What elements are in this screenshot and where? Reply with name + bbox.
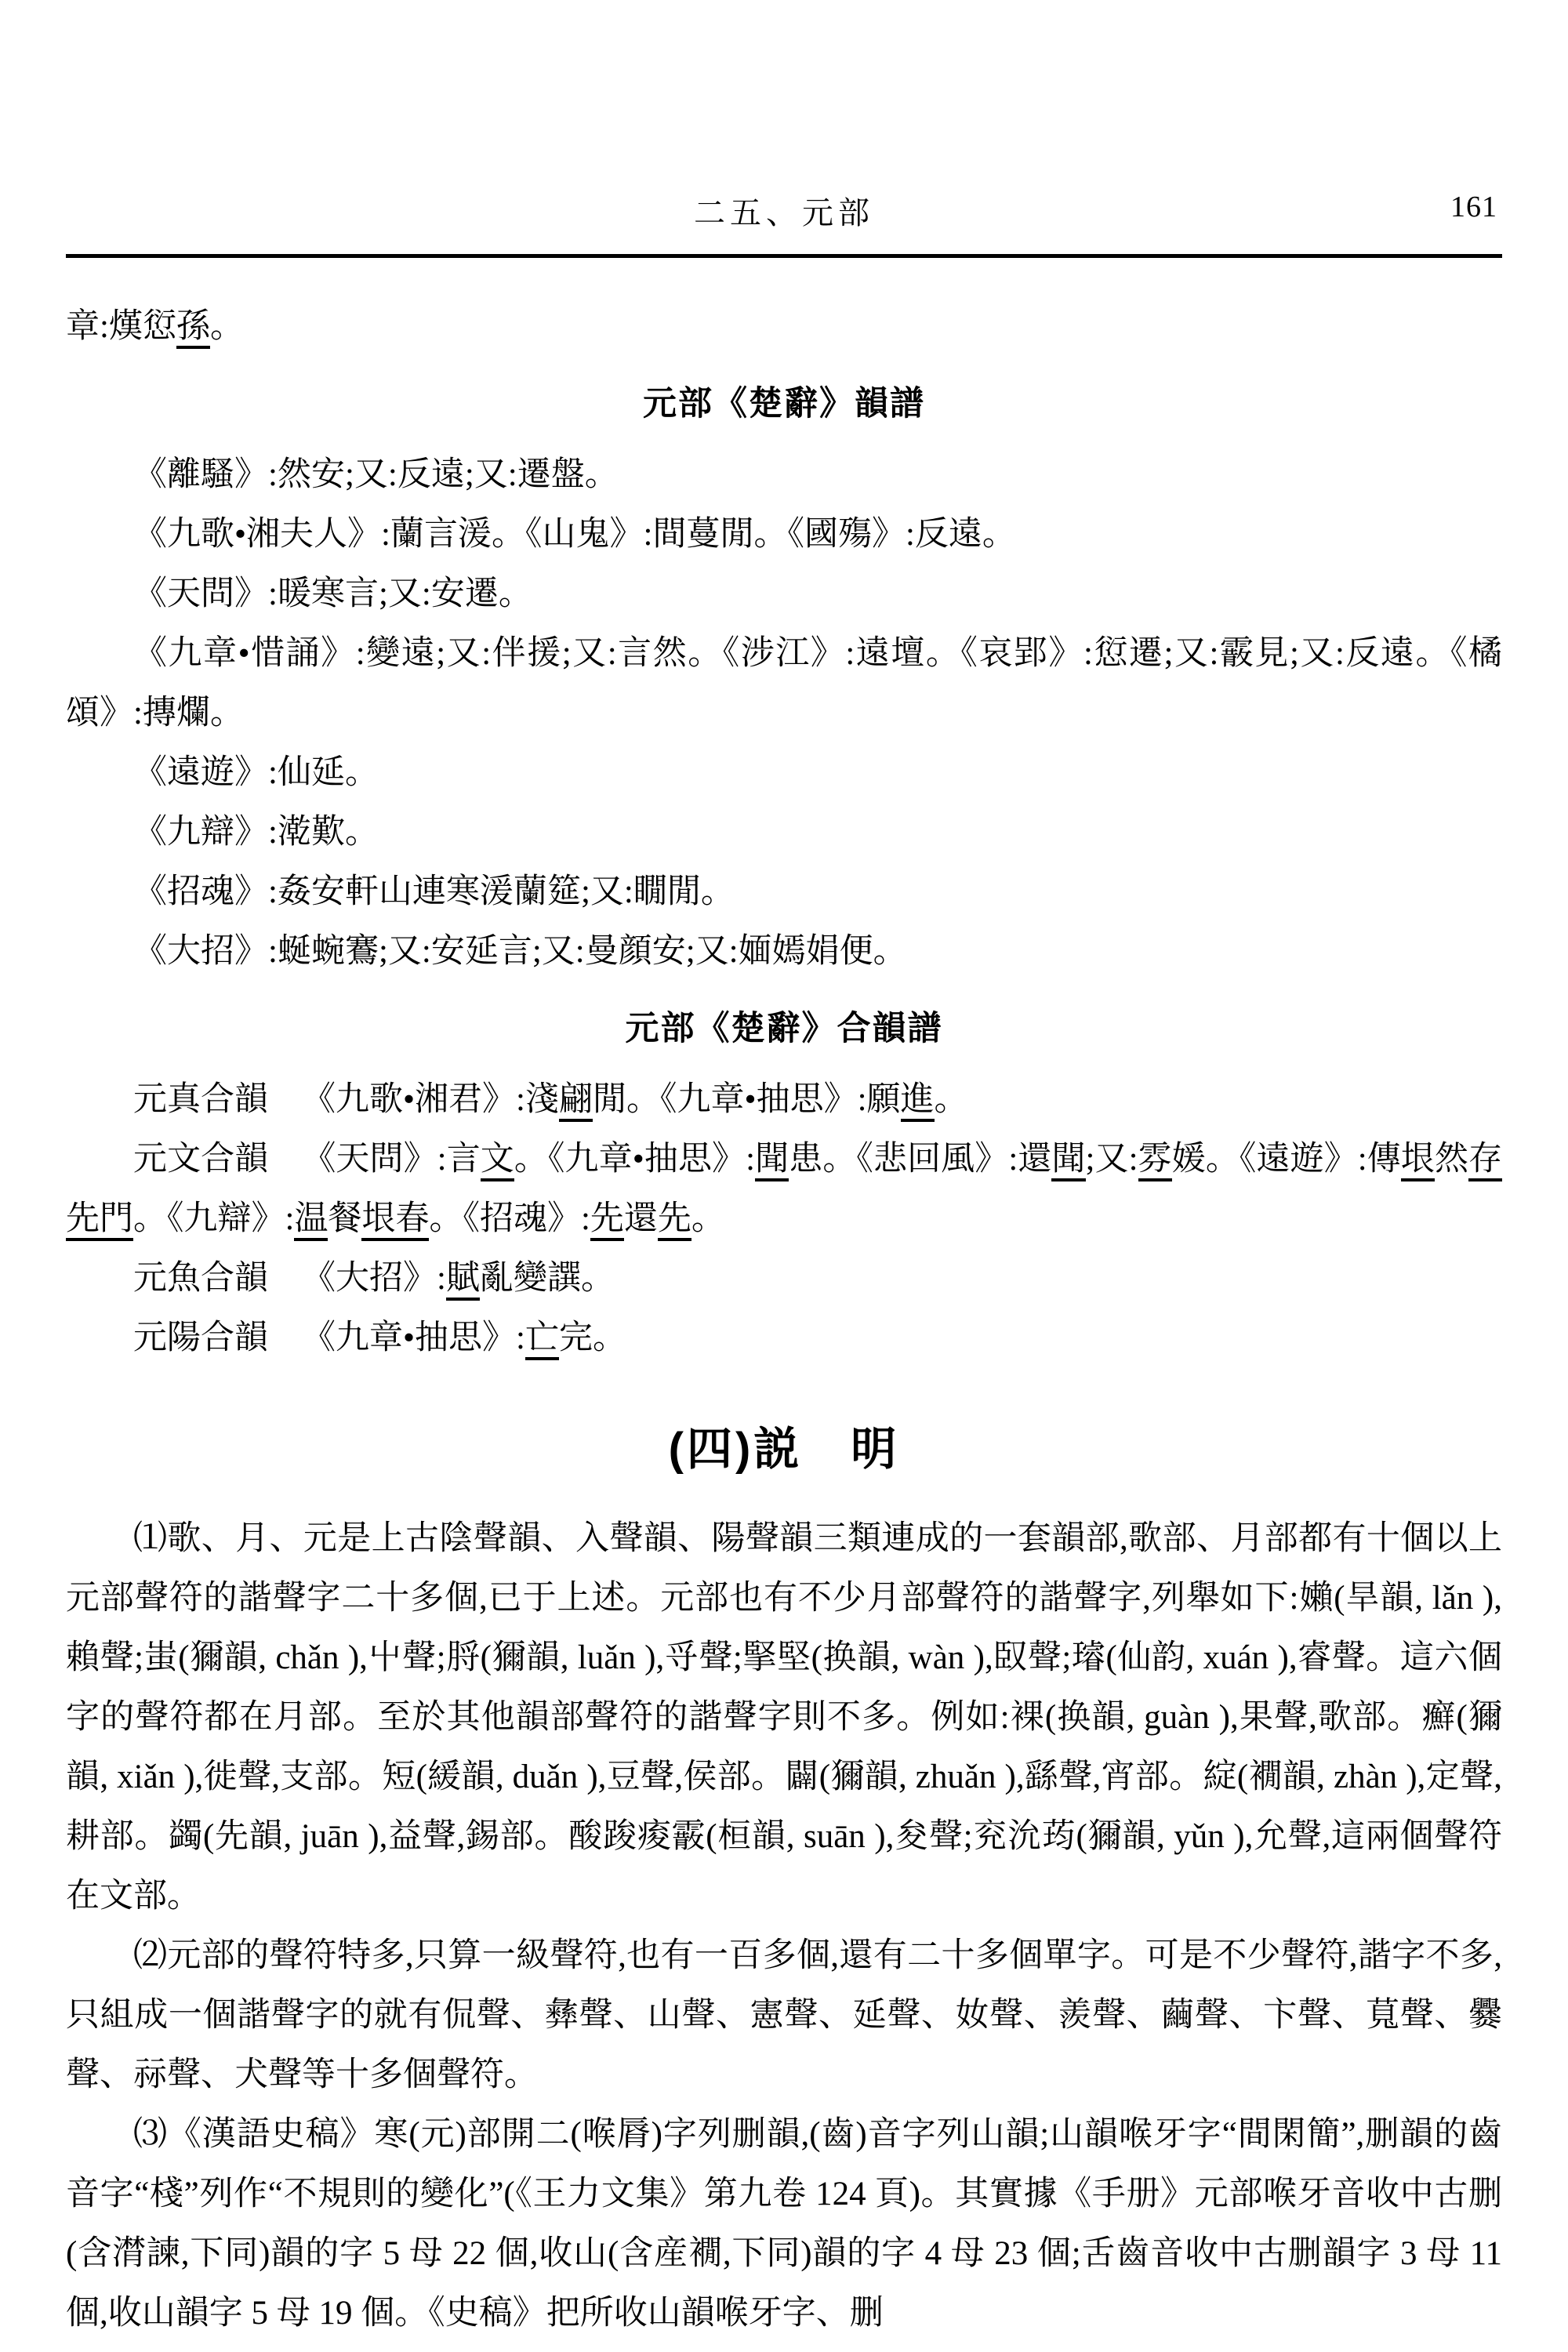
rhyme-text: 《大招》:蜒蜿鶱;又:安延言;又:曼顔安;又:媔嫣娟便。	[133, 933, 907, 970]
rhyme-entry: 《遠遊》:仙延。	[66, 743, 1502, 803]
explanation-paragraph: ⑴歌、月、元是上古陰聲韻、入聲韻、陽聲韻三類連成的一套韻部,歌部、月部都有十個以…	[66, 1509, 1502, 1926]
rhyme-text: 《大招》:	[302, 1260, 446, 1297]
rhyme-text: 章:熯愆	[66, 308, 176, 345]
underlined-rhyme-word: 先	[590, 1200, 624, 1241]
underlined-rhyme-word: 孫	[176, 308, 210, 349]
lead-line: 章:熯愆孫。	[66, 297, 1502, 357]
explanation-paragraph: ⑶《漢語史稿》寒(元)部開二(喉脣)字列删韻,(齒)音字列山韻;山韻喉牙字“間閑…	[66, 2105, 1502, 2343]
heyun-table-entries: 元真合韻《九歌•湘君》:淺翩閒。《九章•抽思》:願進。元文合韻《天問》:言文。《…	[66, 1070, 1502, 1368]
rhyme-text: 《九歌•湘君》:淺	[302, 1081, 559, 1118]
underlined-rhyme-word: 先	[658, 1200, 691, 1241]
rhyme-table-entries: 《離騷》:然安;又:反遠;又:遷盤。《九歌•湘夫人》:蘭言湲。《山鬼》:間蔓閒。…	[66, 445, 1502, 982]
explanation-paragraph: ⑵元部的聲符特多,只算一級聲符,也有一百多個,還有二十多個單字。可是不少聲符,諧…	[66, 1926, 1502, 2105]
rhyme-entry: 《離騷》:然安;又:反遠;又:遷盤。	[66, 445, 1502, 505]
heyun-table-title: 元部《楚辭》合韻譜	[66, 1002, 1502, 1050]
rhyme-text: 《九辯》:漧歎。	[133, 814, 379, 851]
rhyme-entry: 《大招》:蜒蜿鶱;又:安延言;又:曼顔安;又:媔嫣娟便。	[66, 922, 1502, 982]
explanation-heading: (四)説 明	[66, 1412, 1502, 1478]
heyun-entry: 元魚合韻《大招》:賦亂變譔。	[66, 1249, 1502, 1308]
rhyme-table-title: 元部《楚辭》韻譜	[66, 377, 1502, 425]
heyun-entry-label: 元魚合韻	[133, 1260, 268, 1297]
rhyme-text: 《天問》:言	[302, 1141, 480, 1178]
rhyme-text: 閒。《九章•抽思》:願	[593, 1081, 901, 1118]
heyun-entry: 元真合韻《九歌•湘君》:淺翩閒。《九章•抽思》:願進。	[66, 1070, 1502, 1130]
underlined-rhyme-word: 翩	[559, 1081, 593, 1122]
rhyme-text: ;又:	[1086, 1141, 1138, 1178]
header-divider	[66, 254, 1502, 258]
book-page: 二五、元部 161 章:熯愆孫。 元部《楚辭》韻譜 《離騷》:然安;又:反遠;又…	[0, 0, 1568, 2352]
rhyme-text: 《天問》:暖寒言;又:安遷。	[133, 575, 532, 612]
rhyme-text: 。《九章•抽思》:	[514, 1141, 755, 1178]
rhyme-text: 還	[624, 1200, 658, 1237]
heyun-entry-label: 元陽合韻	[133, 1319, 268, 1356]
underlined-rhyme-word: 賦	[446, 1260, 480, 1301]
rhyme-text: 。《九辯》:	[133, 1200, 294, 1237]
rhyme-text: 《招魂》:姦安軒山連寒湲蘭筵;又:瞯閒。	[133, 873, 735, 910]
heyun-entry-label: 元文合韻	[133, 1141, 268, 1178]
rhyme-entry: 《九辯》:漧歎。	[66, 803, 1502, 862]
underlined-rhyme-word: 聞	[755, 1141, 789, 1181]
page-number: 161	[1450, 190, 1497, 224]
heyun-entry: 元陽合韻《九章•抽思》:亡完。	[66, 1308, 1502, 1368]
rhyme-text: 完。	[559, 1319, 626, 1356]
underlined-rhyme-word: 雰	[1138, 1141, 1172, 1181]
underlined-rhyme-word: 垠春	[361, 1200, 429, 1241]
rhyme-text: 《離騷》:然安;又:反遠;又:遷盤。	[133, 456, 619, 493]
rhyme-text: 餐	[328, 1200, 361, 1237]
rhyme-text: 媛。《遠遊》:傳	[1172, 1141, 1401, 1178]
underlined-rhyme-word: 文	[481, 1141, 514, 1181]
rhyme-text: 亂變譔。	[480, 1260, 615, 1297]
rhyme-text: 然	[1435, 1141, 1468, 1178]
underlined-rhyme-word: 温	[294, 1200, 328, 1241]
rhyme-text: 患。《悲回風》:還	[789, 1141, 1051, 1178]
underlined-rhyme-word: 垠	[1401, 1141, 1435, 1181]
rhyme-text: 《遠遊》:仙延。	[133, 754, 379, 791]
underlined-rhyme-word: 亡	[525, 1319, 559, 1360]
rhyme-text: 《九章•惜誦》:變遠;又:伴援;又:言然。《涉江》:遠壇。《哀郢》:愆遷;又:霰…	[66, 635, 1502, 731]
explanation-paragraphs: ⑴歌、月、元是上古陰聲韻、入聲韻、陽聲韻三類連成的一套韻部,歌部、月部都有十個以…	[66, 1509, 1502, 2343]
rhyme-entry: 《招魂》:姦安軒山連寒湲蘭筵;又:瞯閒。	[66, 862, 1502, 922]
heyun-entry-label: 元真合韻	[133, 1081, 268, 1118]
rhyme-entry: 《九歌•湘夫人》:蘭言湲。《山鬼》:間蔓閒。《國殤》:反遠。	[66, 505, 1502, 564]
rhyme-text: 。	[691, 1200, 725, 1237]
rhyme-text: 。	[210, 308, 244, 345]
underlined-rhyme-word: 聞	[1051, 1141, 1085, 1181]
rhyme-entry: 《天問》:暖寒言;又:安遷。	[66, 564, 1502, 624]
rhyme-text: 《九歌•湘夫人》:蘭言湲。《山鬼》:間蔓閒。《國殤》:反遠。	[133, 516, 1016, 553]
rhyme-text: 《九章•抽思》:	[302, 1319, 525, 1356]
underlined-rhyme-word: 進	[901, 1081, 935, 1122]
running-head: 二五、元部 161	[66, 188, 1502, 234]
running-head-title: 二五、元部	[66, 188, 1502, 233]
rhyme-entry: 《九章•惜誦》:變遠;又:伴援;又:言然。《涉江》:遠壇。《哀郢》:愆遷;又:霰…	[66, 624, 1502, 743]
rhyme-text: 。	[935, 1081, 968, 1118]
heyun-entry: 元文合韻《天問》:言文。《九章•抽思》:聞患。《悲回風》:還聞;又:雰媛。《遠遊…	[66, 1130, 1502, 1249]
rhyme-text: 。《招魂》:	[429, 1200, 590, 1237]
